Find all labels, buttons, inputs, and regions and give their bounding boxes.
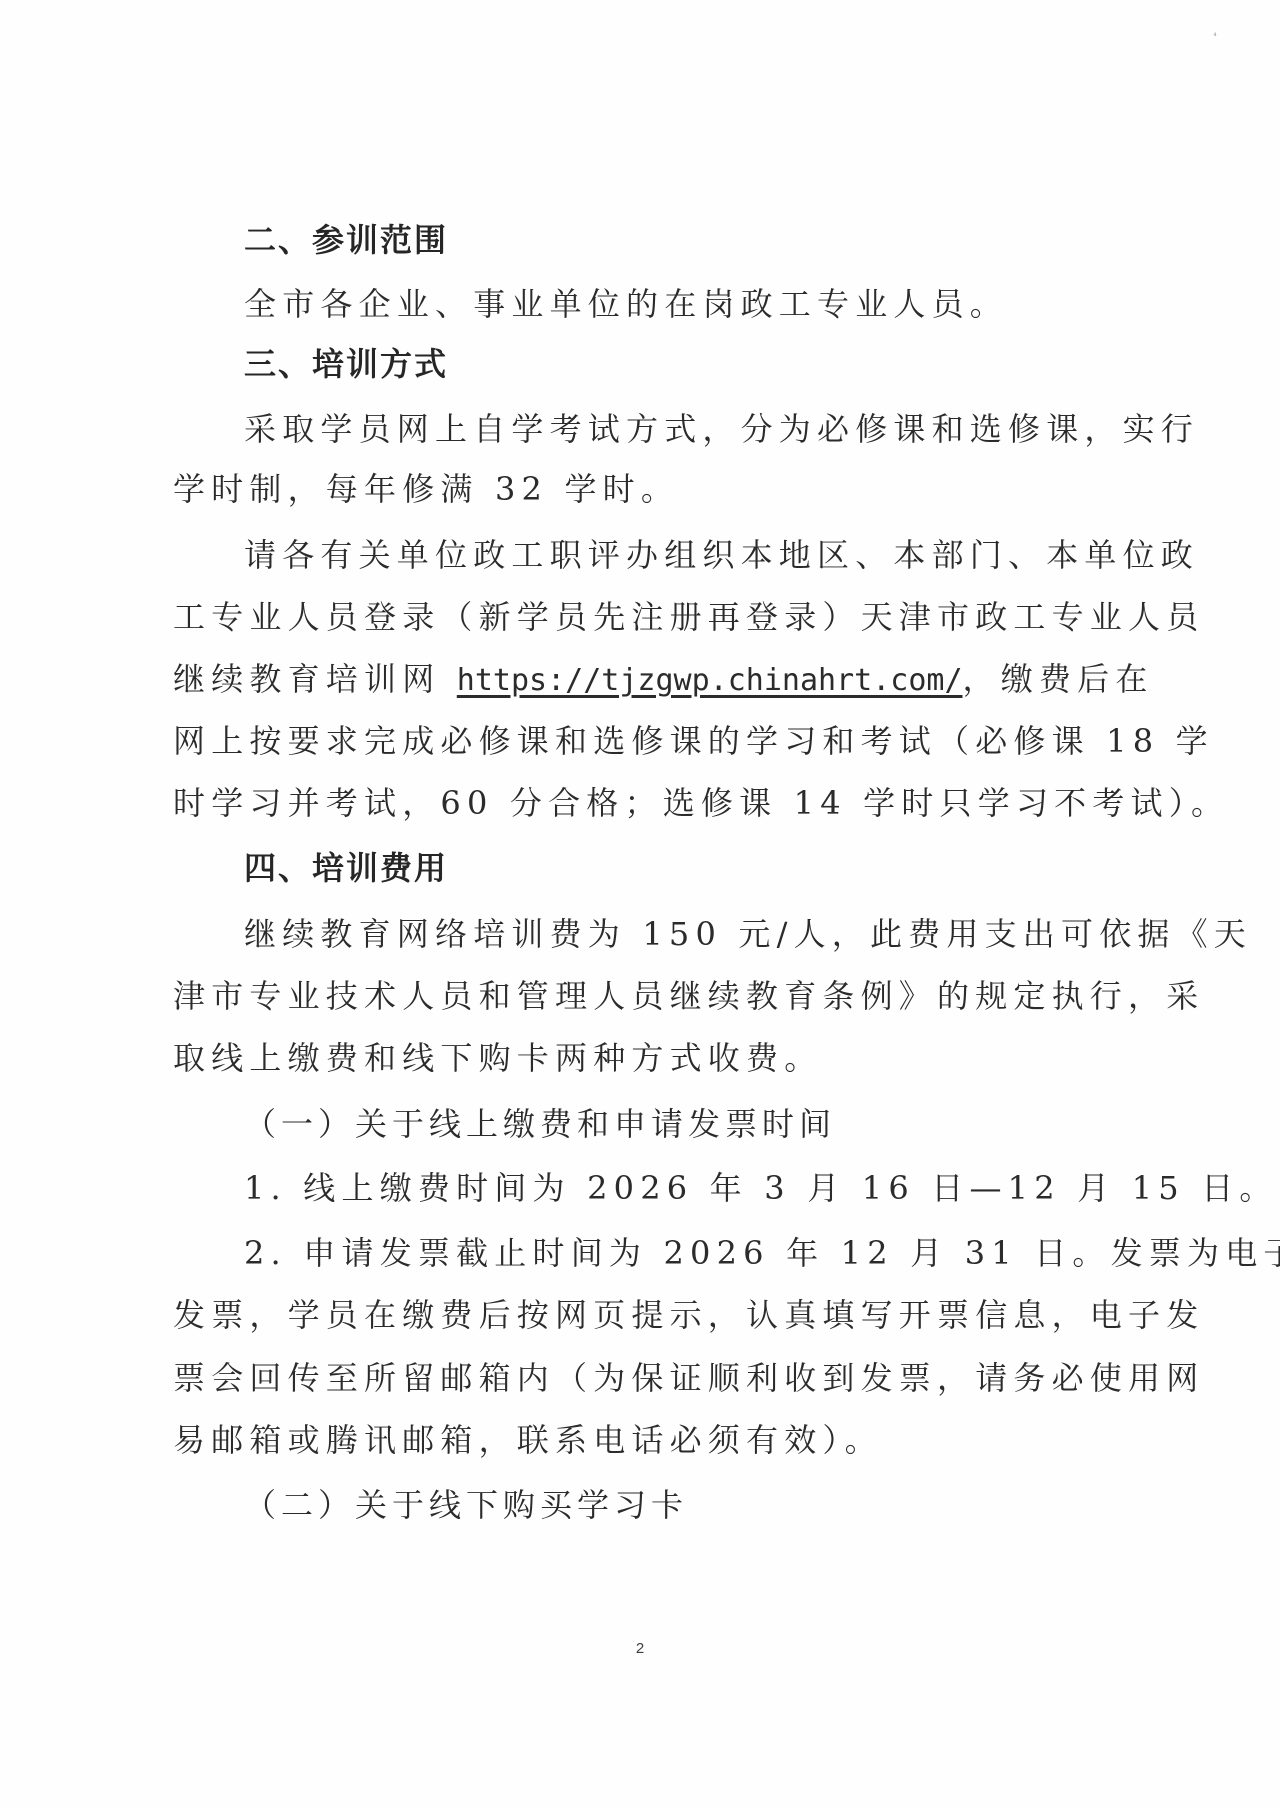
- method-para2-line4: 网上按要求完成必修课和选修课的学习和考试（必修课 18 学: [173, 721, 1108, 761]
- fees-online-item2-line2: 发票，学员在缴费后按网页提示，认真填写开票信息，电子发: [173, 1295, 1108, 1335]
- scan-artifact-mark: ⁴: [1213, 33, 1221, 41]
- method-para2-line3-prefix: 继续教育培训网: [173, 660, 457, 698]
- page-number: 2: [630, 1640, 650, 1657]
- method-para1-line1: 采取学员网上自学考试方式，分为必修课和选修课，实行: [244, 409, 1108, 449]
- fees-subheading-offline: （二）关于线下购买学习卡: [244, 1485, 1108, 1525]
- fees-subheading-online: （一）关于线上缴费和申请发票时间: [244, 1104, 1108, 1144]
- training-site-link[interactable]: https://tjzgwp.chinahrt.com/: [457, 663, 963, 698]
- document-page: ⁴ 二、参训范围 全市各企业、事业单位的在岗政工专业人员。 三、培训方式 采取学…: [0, 0, 1280, 1809]
- section-heading-method: 三、培训方式: [244, 344, 1108, 384]
- fees-para1-line1: 继续教育网络培训费为 150 元/人，此费用支出可依据《天: [244, 914, 1108, 954]
- fees-para1-line2: 津市专业技术人员和管理人员继续教育条例》的规定执行，采: [173, 976, 1108, 1016]
- method-para1-line2: 学时制，每年修满 32 学时。: [173, 469, 1108, 509]
- method-para2-line1: 请各有关单位政工职评办组织本地区、本部门、本单位政: [244, 535, 1108, 575]
- section-heading-scope: 二、参训范围: [244, 220, 1108, 260]
- section-heading-fees: 四、培训费用: [244, 848, 1108, 888]
- method-para2-line5: 时学习并考试，60 分合格；选修课 14 学时只学习不考试）。: [173, 783, 1108, 823]
- fees-para1-line3: 取线上缴费和线下购卡两种方式收费。: [173, 1038, 1108, 1078]
- method-para2-line3: 继续教育培训网 https://tjzgwp.chinahrt.com/，缴费后…: [173, 659, 1108, 699]
- fees-online-item2-line4: 易邮箱或腾讯邮箱，联系电话必须有效）。: [173, 1420, 1108, 1460]
- scope-body-line: 全市各企业、事业单位的在岗政工专业人员。: [244, 284, 1108, 324]
- fees-online-item1: 1. 线上缴费时间为 2026 年 3 月 16 日—12 月 15 日。: [244, 1168, 1108, 1208]
- fees-online-item2-line3: 票会回传至所留邮箱内（为保证顺利收到发票，请务必使用网: [173, 1358, 1108, 1398]
- fees-online-item2-line1: 2. 申请发票截止时间为 2026 年 12 月 31 日。发票为电子: [244, 1233, 1108, 1273]
- method-para2-line2: 工专业人员登录（新学员先注册再登录）天津市政工专业人员: [173, 597, 1108, 637]
- method-para2-line3-suffix: ，缴费后在: [963, 660, 1154, 698]
